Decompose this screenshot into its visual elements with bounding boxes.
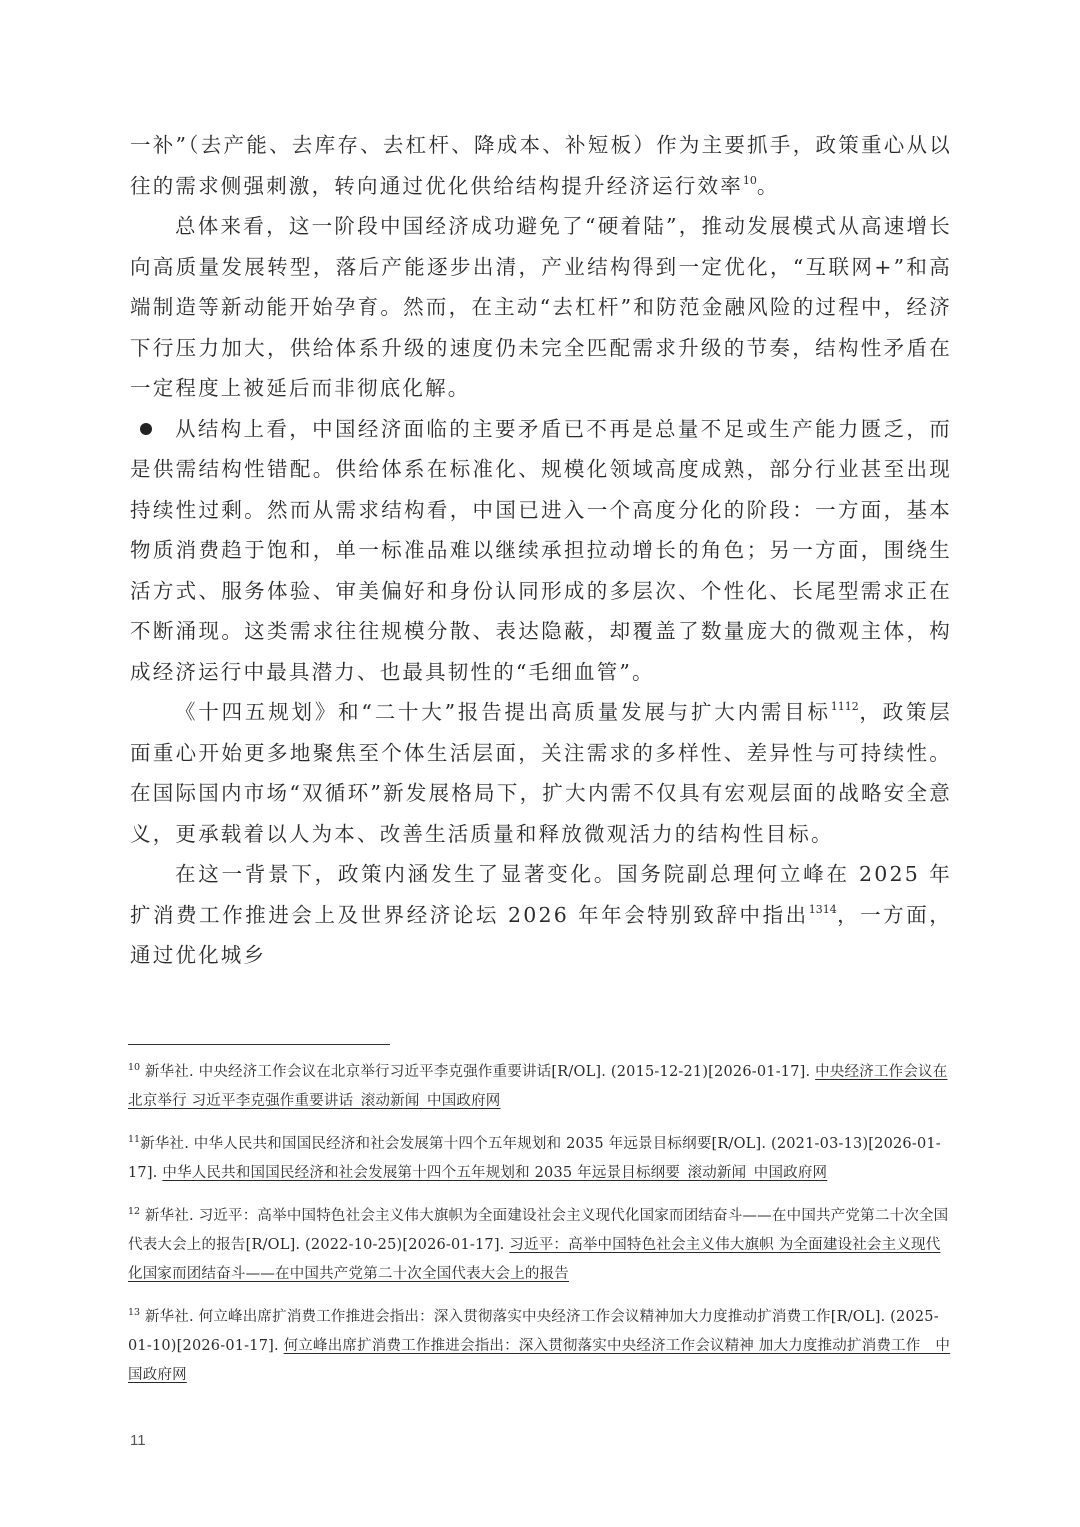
bullet-icon [140,423,152,435]
paragraph-text: 《十四五规划》和“二十大”报告提出高质量发展与扩大内需目标 [175,700,831,724]
paragraph-policy-change: 在这一背景下，政策内涵发生了显著变化。国务院副总理何立峰在 2025 年扩消费工… [130,854,952,976]
body-text: 一补”（去产能、去库存、去杠杆、降成本、补短板）作为主要抓手，政策重心从以往的需… [130,125,952,976]
paragraph-text: 在这一背景下，政策内涵发生了显著变化。国务院副总理何立峰在 2025 年扩消费工… [130,862,952,927]
footnote-12: 12 新华社. 习近平：高举中国特色社会主义伟大旗帜为全面建设社会主义现代化国家… [128,1202,953,1289]
document-page: 一补”（去产能、去库存、去杠杆、降成本、补短板）作为主要抓手，政策重心从以往的需… [0,0,1080,1527]
paragraph-text: 一补”（去产能、去库存、去杠杆、降成本、补短板）作为主要抓手，政策重心从以往的需… [130,133,952,198]
footnote-ref-13-14[interactable]: 1314 [809,903,837,916]
paragraph-14th-five-year-plan: 《十四五规划》和“二十大”报告提出高质量发展与扩大内需目标1112，政策层面重心… [130,692,952,854]
footnote-10: 10 新华社. 中央经济工作会议在北京举行习近平李克强作重要讲话[R/OL]. … [128,1058,953,1116]
footnotes: 10 新华社. 中央经济工作会议在北京举行习近平李克强作重要讲话[R/OL]. … [128,1058,953,1404]
footnote-number: 11 [128,1134,140,1145]
footnote-number: 13 [128,1307,140,1318]
footnote-link[interactable]: 中华人民共和国国民经济和社会发展第十四个五年规划和 2035 年远景目标纲要_滚… [162,1165,827,1181]
footnote-11: 11新华社. 中华人民共和国国民经济和社会发展第十四个五年规划和 2035 年远… [128,1130,953,1188]
footnote-citation: 新华社. 中央经济工作会议在北京举行习近平李克强作重要讲话[R/OL]. (20… [140,1064,815,1080]
footnote-separator [128,1044,390,1045]
paragraph-supply-side-reform: 一补”（去产能、去库存、去杠杆、降成本、补短板）作为主要抓手，政策重心从以往的需… [130,125,952,206]
footnote-number: 10 [128,1062,140,1073]
page-number: 11 [130,1432,146,1449]
footnote-ref-10[interactable]: 10 [743,174,757,187]
paragraph-structural-mismatch: 从结构上看，中国经济面临的主要矛盾已不再是总量不足或生产能力匮乏，而是供需结构性… [130,409,952,693]
footnote-number: 12 [128,1206,140,1217]
footnote-ref-11-12[interactable]: 1112 [831,700,859,713]
footnote-13: 13 新华社. 何立峰出席扩消费工作推进会指出：深入贯彻落实中央经济工作会议精神… [128,1303,953,1390]
paragraph-overall-assessment: 总体来看，这一阶段中国经济成功避免了“硬着陆”，推动发展模式从高速增长向高质量发… [130,206,952,409]
paragraph-end: 。 [757,174,780,198]
